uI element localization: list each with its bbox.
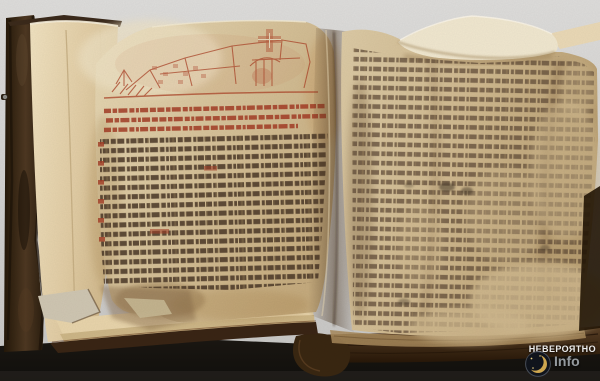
photo-grain-overlay	[0, 0, 600, 381]
photo-open-medieval-manuscript: НЕВЕРОЯТНО Info	[0, 0, 600, 381]
manuscript-book-illustration	[0, 0, 600, 381]
